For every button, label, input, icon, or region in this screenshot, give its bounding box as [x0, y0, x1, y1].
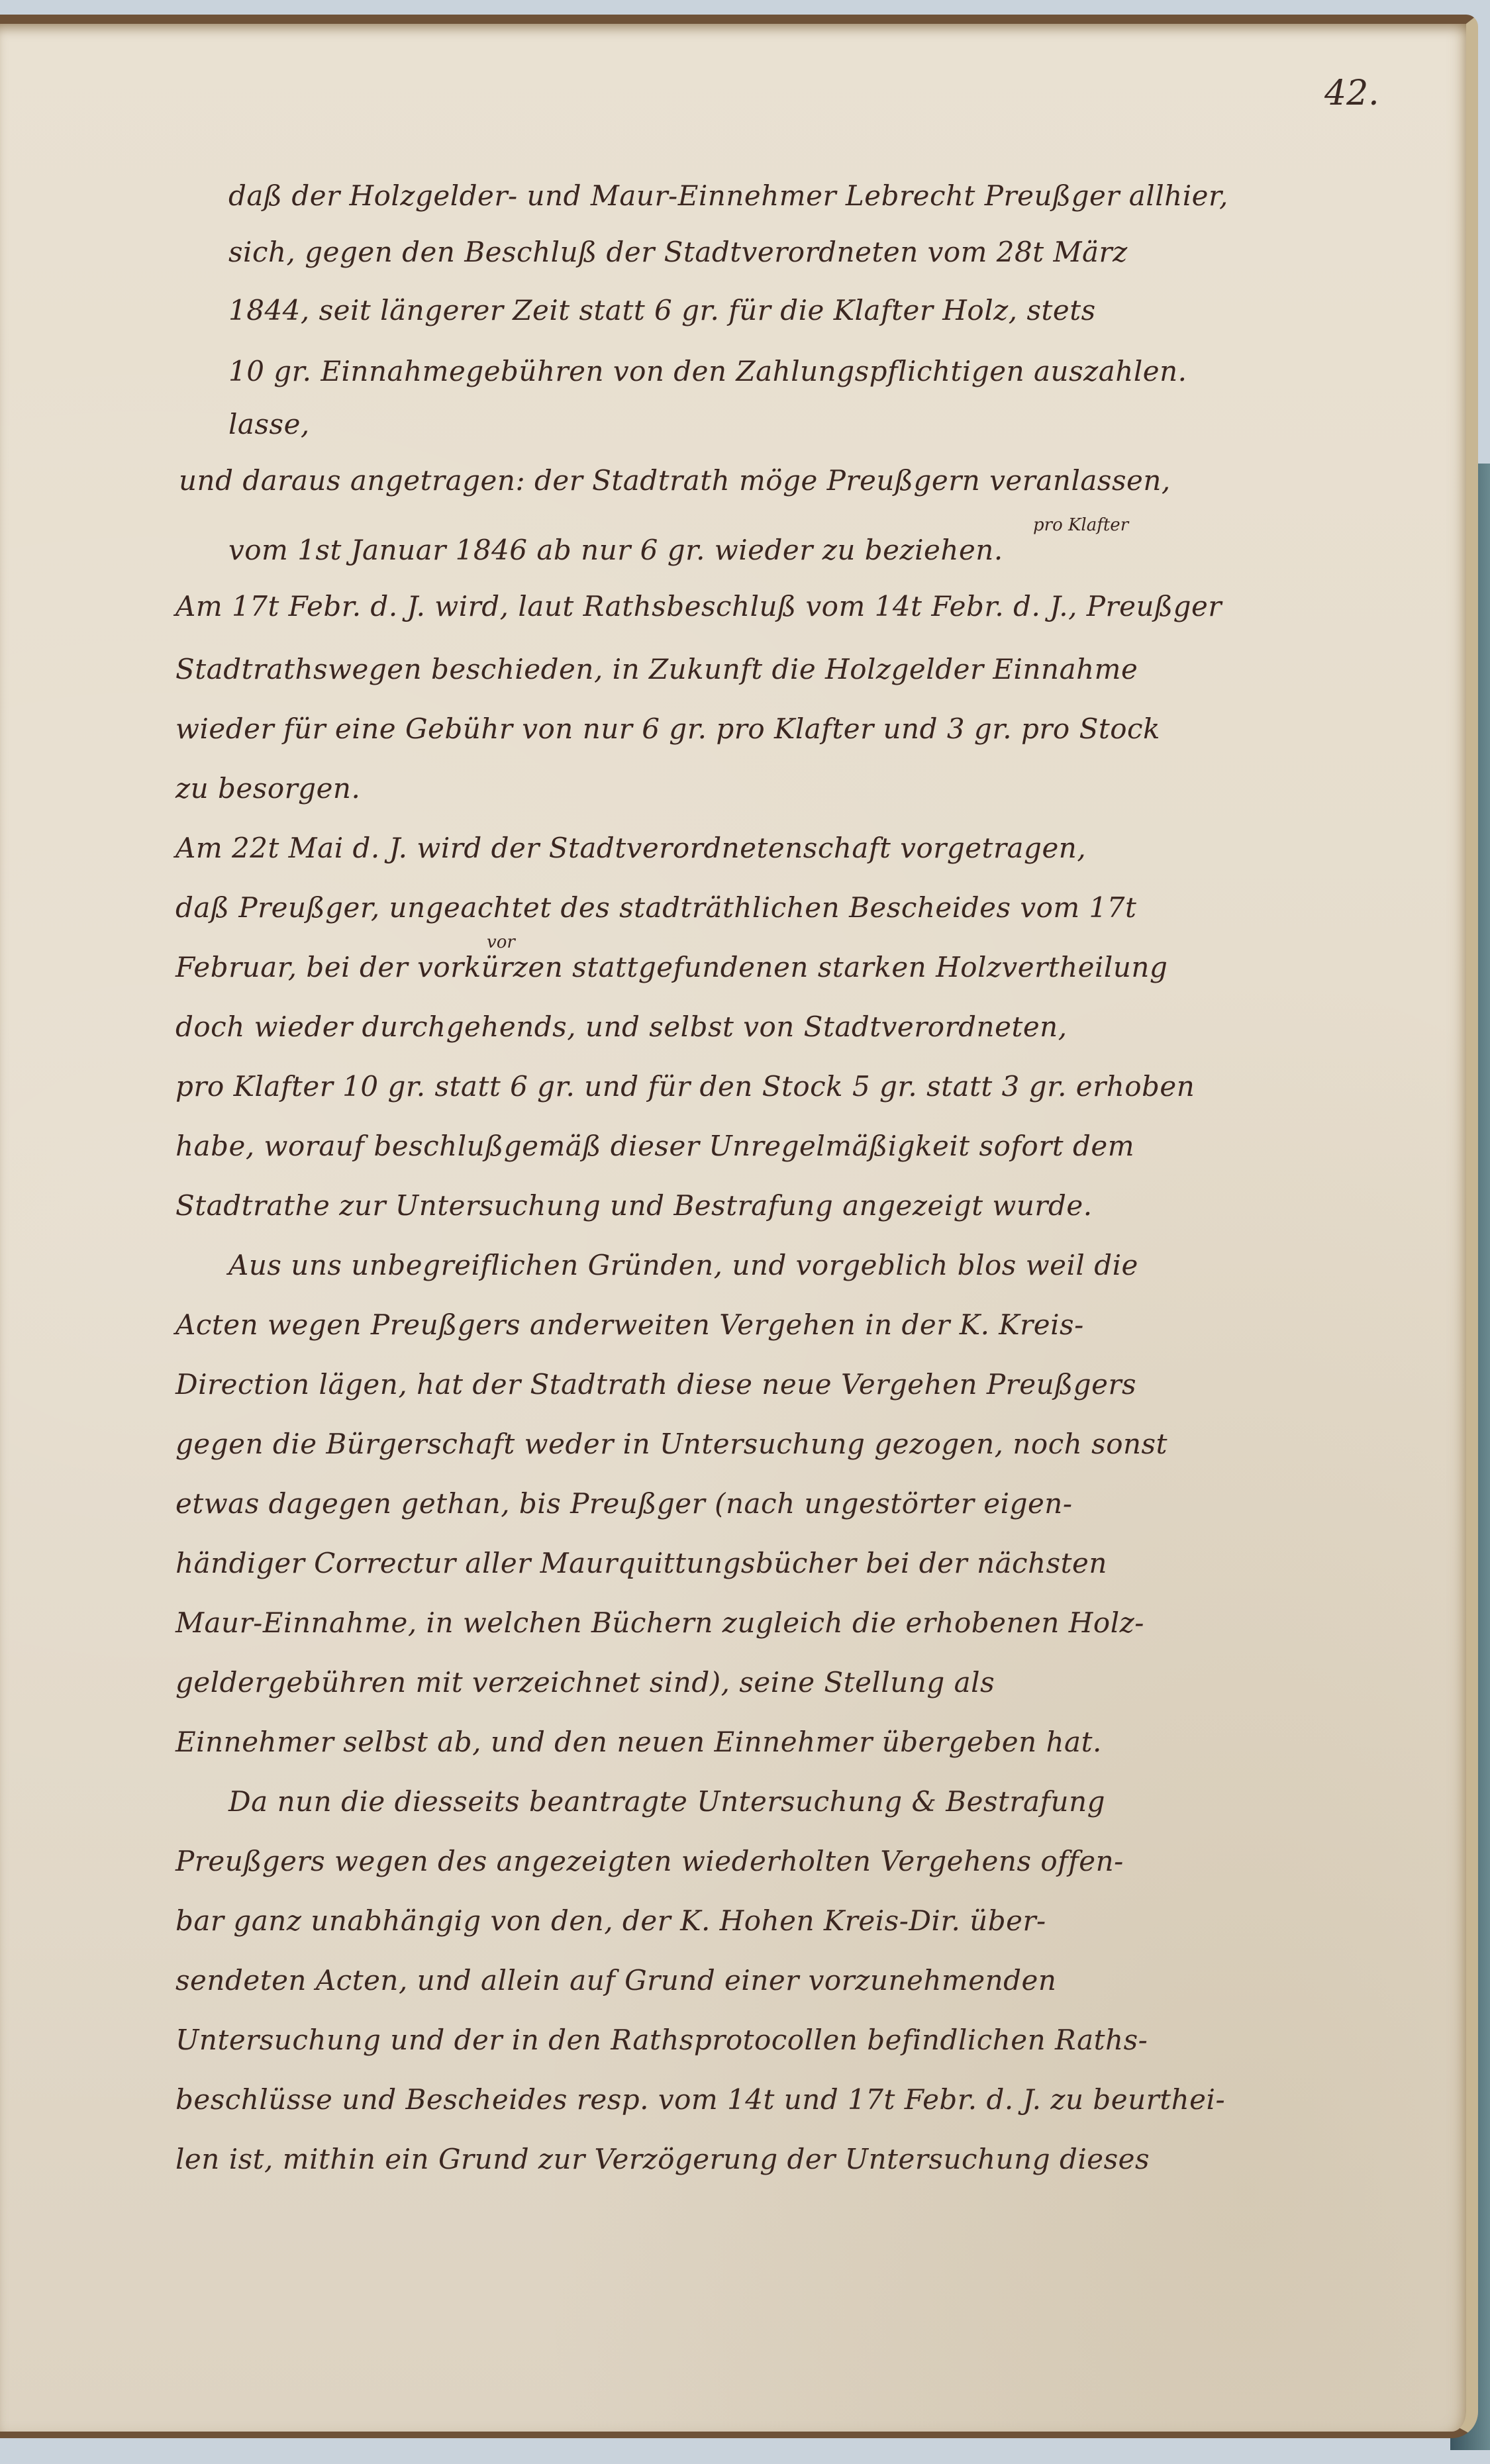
- text-line: daß der Holzgelder- und Maur-Einnehmer L…: [228, 179, 1228, 212]
- interlinear-insertion: vor: [487, 932, 515, 952]
- text-line: Februar, bei der vorkürzen stattgefunden…: [175, 951, 1167, 983]
- text-line: Einnehmer selbst ab, und den neuen Einne…: [175, 1726, 1102, 1758]
- text-line: sich, gegen den Beschluß der Stadtverord…: [228, 236, 1128, 268]
- text-line: habe, worauf beschlußgemäß dieser Unrege…: [175, 1130, 1134, 1162]
- text-line: Aus uns unbegreiflichen Gründen, und vor…: [228, 1249, 1138, 1281]
- text-line: beschlüsse und Bescheides resp. vom 14t …: [175, 2083, 1225, 2116]
- text-line: Stadtrathswegen beschieden, in Zukunft d…: [175, 653, 1138, 685]
- manuscript-page: 42. daß der Holzgelder- und Maur-Einnehm…: [0, 15, 1478, 2438]
- text-line: 1844, seit längerer Zeit statt 6 gr. für…: [228, 294, 1096, 326]
- text-line: etwas dagegen gethan, bis Preußger (nach…: [175, 1487, 1073, 1520]
- text-line: Maur-Einnahme, in welchen Büchern zuglei…: [175, 1606, 1144, 1639]
- page-number: 42.: [1324, 74, 1379, 113]
- text-line: wieder für eine Gebühr von nur 6 gr. pro…: [175, 713, 1160, 745]
- text-line: len ist, mithin ein Grund zur Verzögerun…: [175, 2143, 1150, 2175]
- text-line: pro Klafter 10 gr. statt 6 gr. und für d…: [175, 1070, 1195, 1103]
- text-line: Stadtrathe zur Untersuchung und Bestrafu…: [175, 1189, 1093, 1222]
- text-line: und daraus angetragen: der Stadtrath mög…: [179, 464, 1171, 497]
- text-line: gegen die Bürgerschaft weder in Untersuc…: [175, 1428, 1167, 1460]
- text-line: vom 1st Januar 1846 ab nur 6 gr. wieder …: [228, 534, 1003, 566]
- text-line: daß Preußger, ungeachtet des stadträthli…: [175, 891, 1136, 924]
- text-line: sendeten Acten, und allein auf Grund ein…: [175, 1964, 1056, 1996]
- text-line: doch wieder durchgehends, und selbst von…: [175, 1010, 1068, 1043]
- text-line: bar ganz unabhängig von den, der K. Hohe…: [175, 1904, 1046, 1937]
- text-line: Untersuchung und der in den Rathsprotoco…: [175, 2024, 1148, 2056]
- text-line: lasse,: [228, 408, 310, 440]
- text-line: Am 22t Mai d. J. wird der Stadtverordnet…: [175, 832, 1086, 864]
- interlinear-insertion: pro Klafter: [1033, 515, 1128, 535]
- text-line: Direction lägen, hat der Stadtrath diese…: [175, 1368, 1136, 1401]
- text-line: geldergebühren mit verzeichnet sind), se…: [175, 1666, 995, 1699]
- text-line: händiger Correctur aller Maurquittungsbü…: [175, 1547, 1107, 1579]
- text-line: Acten wegen Preußgers anderweiten Vergeh…: [175, 1308, 1084, 1341]
- text-line: Da nun die diesseits beantragte Untersuc…: [228, 1785, 1105, 1818]
- text-line: zu besorgen.: [175, 772, 360, 805]
- text-line: Preußgers wegen des angezeigten wiederho…: [175, 1845, 1124, 1877]
- text-line: Am 17t Febr. d. J. wird, laut Rathsbesch…: [175, 590, 1222, 622]
- text-line: 10 gr. Einnahmegebühren von den Zahlungs…: [228, 355, 1187, 387]
